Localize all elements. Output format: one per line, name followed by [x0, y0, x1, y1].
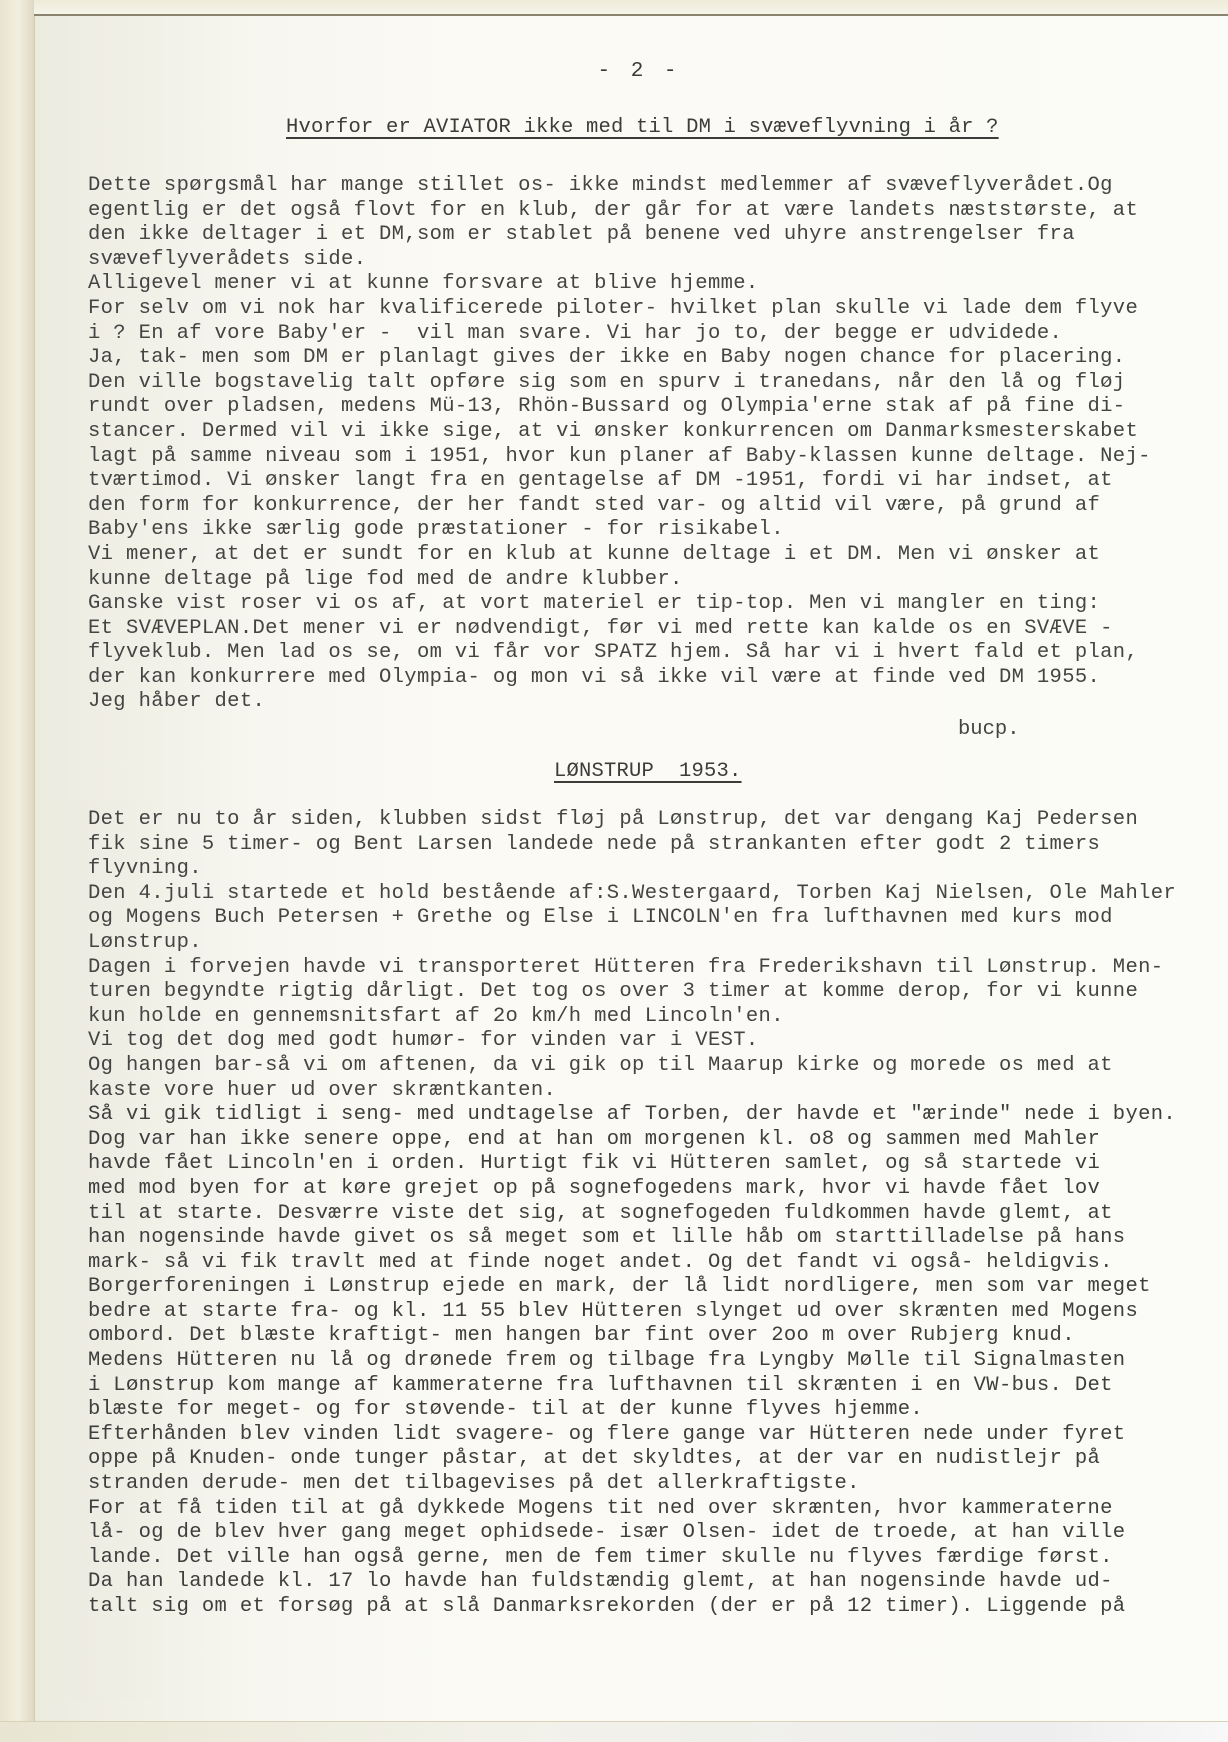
text-line: i Lønstrup kom mange af kammeraterne fra…: [88, 1374, 1176, 1399]
text-line: den form for konkurrence, der her fandt …: [88, 494, 1151, 519]
text-line: Et SVÆVEPLAN.Det mener vi er nødvendigt,…: [88, 617, 1151, 642]
text-line: Ganske vist roser vi os af, at vort mate…: [88, 592, 1151, 617]
text-line: kun holde en gennemsnitsfart af 2o km/h …: [88, 1005, 1176, 1030]
text-line: den ikke deltager i et DM,som er stablet…: [88, 223, 1151, 248]
text-line: Ja, tak- men som DM er planlagt gives de…: [88, 346, 1151, 371]
text-line: turen begyndte rigtig dårligt. Det tog o…: [88, 980, 1176, 1005]
binder-edge: [0, 0, 35, 1742]
text-line: egentlig er det også flovt for en klub, …: [88, 199, 1151, 224]
text-line: For at få tiden til at gå dykkede Mogens…: [88, 1497, 1176, 1522]
text-line: stranden derude- men det tilbagevises på…: [88, 1472, 1176, 1497]
text-line: Da han landede kl. 17 lo havde han fulds…: [88, 1570, 1176, 1595]
article-1-title: Hvorfor er AVIATOR ikke med til DM i svæ…: [286, 116, 999, 139]
text-line: Efterhånden blev vinden lidt svagere- og…: [88, 1423, 1176, 1448]
text-line: For selv om vi nok har kvalificerede pil…: [88, 297, 1151, 322]
article-1-body: Dette spørgsmål har mange stillet os- ik…: [88, 174, 1151, 715]
text-line: han nogensinde havde givet os så meget s…: [88, 1226, 1176, 1251]
text-line: Dog var han ikke senere oppe, end at han…: [88, 1128, 1176, 1153]
text-line: oppe på Knuden- onde tunger påstar, at d…: [88, 1447, 1176, 1472]
text-line: fik sine 5 timer- og Bent Larsen landede…: [88, 833, 1176, 858]
text-line: ombord. Det blæste kraftigt- men hangen …: [88, 1324, 1176, 1349]
article-2-title: LØNSTRUP 1953.: [554, 760, 742, 783]
author-signature: bucp.: [958, 718, 1020, 741]
text-line: tværtimod. Vi ønsker langt fra en gentag…: [88, 469, 1151, 494]
page-top-edge: [34, 0, 1228, 16]
text-line: talt sig om et forsøg på at slå Danmarks…: [88, 1595, 1176, 1620]
text-line: lå- og de blev hver gang meget ophidsede…: [88, 1521, 1176, 1546]
text-line: lagt på samme niveau som i 1951, hvor ku…: [88, 445, 1151, 470]
text-line: flyvning.: [88, 857, 1176, 882]
text-line: havde fået Lincoln'en i orden. Hurtigt f…: [88, 1152, 1176, 1177]
page-number: - 2 -: [0, 60, 1228, 83]
text-line: Den 4.juli startede et hold bestående af…: [88, 882, 1176, 907]
text-line: Dagen i forvejen havde vi transporteret …: [88, 956, 1176, 981]
text-line: Og hangen bar-så vi om aftenen, da vi gi…: [88, 1054, 1176, 1079]
text-line: Vi mener, at det er sundt for en klub at…: [88, 543, 1151, 568]
text-line: Borgerforeningen i Lønstrup ejede en mar…: [88, 1275, 1176, 1300]
text-line: Alligevel mener vi at kunne forsvare at …: [88, 272, 1151, 297]
text-line: rundt over pladsen, medens Mü-13, Rhön-B…: [88, 395, 1151, 420]
text-line: Lønstrup.: [88, 931, 1176, 956]
text-line: flyveklub. Men lad os se, om vi får vor …: [88, 641, 1151, 666]
text-line: Baby'ens ikke særlig gode præstationer -…: [88, 518, 1151, 543]
text-line: Jeg håber det.: [88, 690, 1151, 715]
text-line: Det er nu to år siden, klubben sidst flø…: [88, 808, 1176, 833]
text-line: stancer. Dermed vil vi ikke sige, at vi …: [88, 420, 1151, 445]
page-bottom-edge: [0, 1721, 1228, 1742]
text-line: med mod byen for at køre grejet op på so…: [88, 1177, 1176, 1202]
text-line: Dette spørgsmål har mange stillet os- ik…: [88, 174, 1151, 199]
text-line: Medens Hütteren nu lå og drønede frem og…: [88, 1349, 1176, 1374]
text-line: svæveflyverådets side.: [88, 248, 1151, 273]
text-line: til at starte. Desværre viste det sig, a…: [88, 1202, 1176, 1227]
text-line: der kan konkurrere med Olympia- og mon v…: [88, 666, 1151, 691]
text-line: bedre at starte fra- og kl. 11 55 blev H…: [88, 1300, 1176, 1325]
text-line: mark- så vi fik travlt med at finde noge…: [88, 1251, 1176, 1276]
text-line: og Mogens Buch Petersen + Grethe og Else…: [88, 906, 1176, 931]
text-line: Den ville bogstavelig talt opføre sig so…: [88, 371, 1151, 396]
text-line: kaste vore huer ud over skræntkanten.: [88, 1079, 1176, 1104]
text-line: kunne deltage på lige fod med de andre k…: [88, 568, 1151, 593]
text-line: lande. Det ville han også gerne, men de …: [88, 1546, 1176, 1571]
text-line: i ? En af vore Baby'er - vil man svare. …: [88, 322, 1151, 347]
text-line: Vi tog det dog med godt humør- for vinde…: [88, 1029, 1176, 1054]
article-2-body: Det er nu to år siden, klubben sidst flø…: [88, 808, 1176, 1620]
text-line: Så vi gik tidligt i seng- med undtagelse…: [88, 1103, 1176, 1128]
text-line: blæste for meget- og for støvende- til a…: [88, 1398, 1176, 1423]
